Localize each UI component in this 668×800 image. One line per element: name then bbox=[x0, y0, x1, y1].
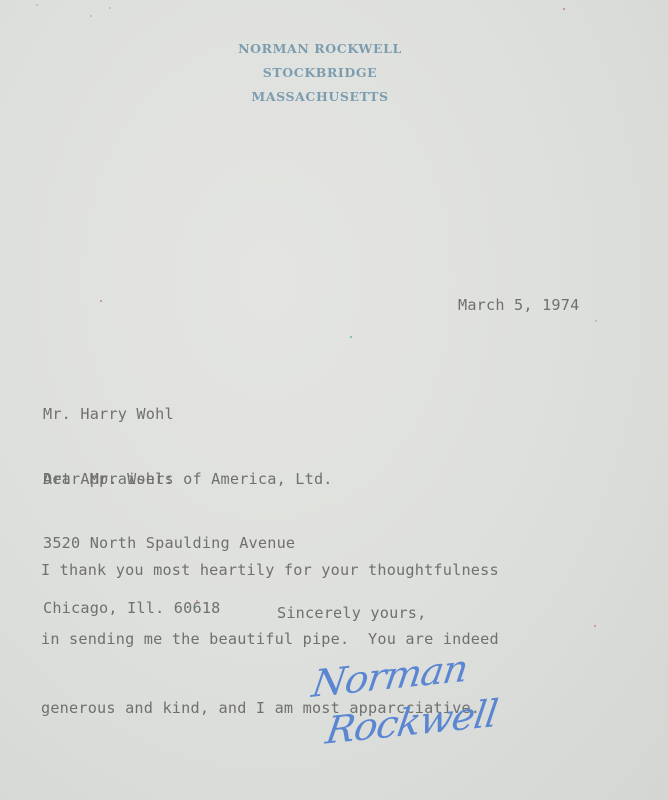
paper-speck bbox=[196, 600, 198, 602]
paper-speck bbox=[36, 4, 38, 6]
body-line: in sending me the beautiful pipe. You ar… bbox=[41, 628, 499, 651]
paper-speck bbox=[90, 15, 92, 17]
letterhead-state: MASSACHUSETTS bbox=[200, 85, 440, 109]
paper-speck bbox=[595, 320, 597, 322]
closing: Sincerely yours, bbox=[277, 604, 427, 622]
body-line: I thank you most heartily for your thoug… bbox=[41, 559, 499, 582]
letter-date: March 5, 1974 bbox=[458, 296, 579, 314]
handwritten-signature: Norman Rockwell bbox=[300, 650, 540, 760]
letterhead: NORMAN ROCKWELL STOCKBRIDGE MASSACHUSETT… bbox=[200, 37, 440, 109]
paper-speck bbox=[100, 300, 102, 302]
letterhead-town: STOCKBRIDGE bbox=[200, 61, 440, 85]
paper-speck bbox=[350, 336, 352, 338]
letter-paper: NORMAN ROCKWELL STOCKBRIDGE MASSACHUSETT… bbox=[0, 0, 668, 800]
paper-speck bbox=[563, 8, 565, 10]
paper-speck bbox=[109, 7, 111, 9]
salutation: Dear Mr. Wohl: bbox=[43, 470, 174, 488]
letterhead-name: NORMAN ROCKWELL bbox=[200, 37, 440, 61]
paper-speck bbox=[594, 625, 596, 627]
recipient-name: Mr. Harry Wohl bbox=[43, 404, 333, 426]
